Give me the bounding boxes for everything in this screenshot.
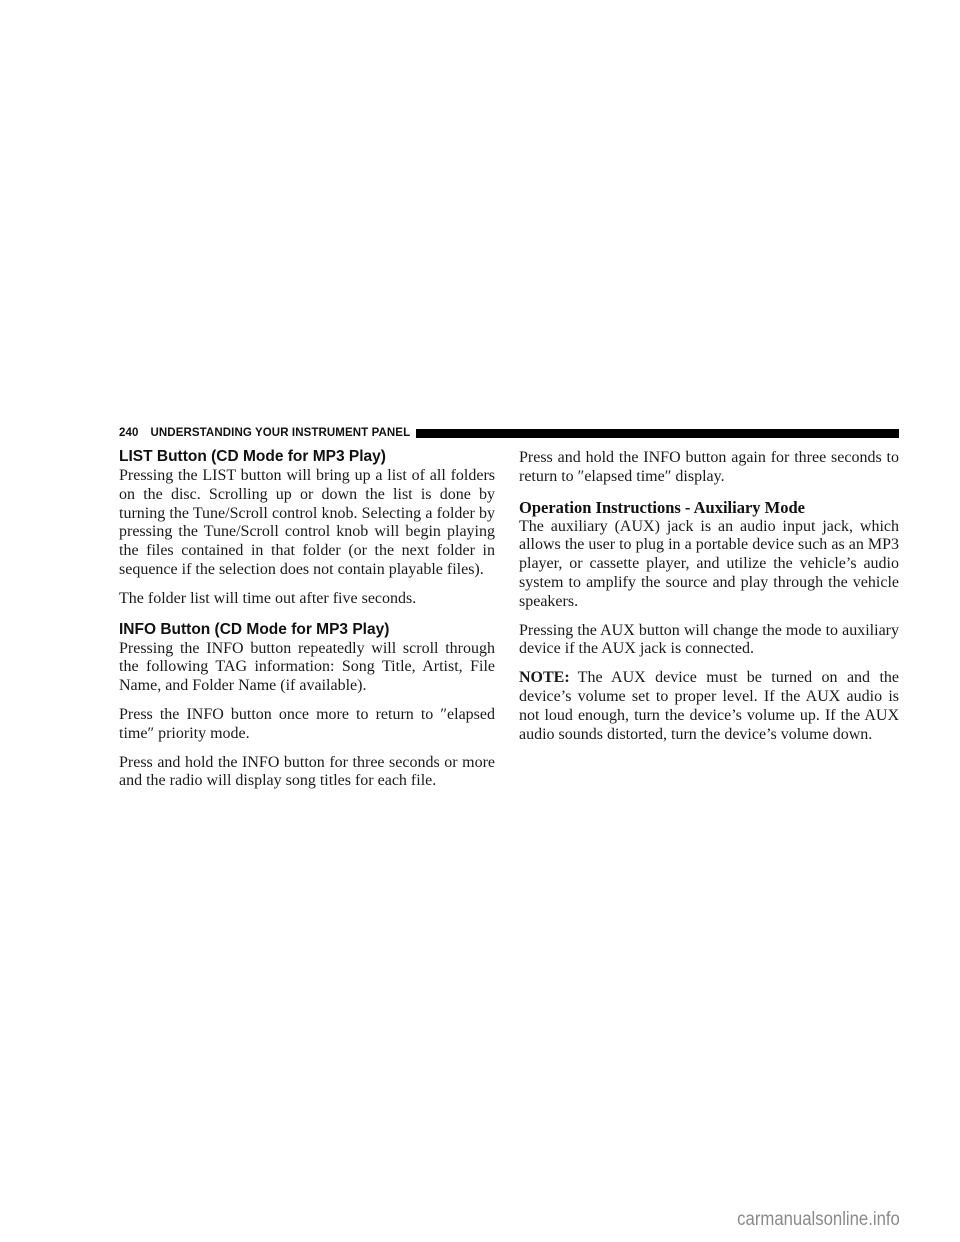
section-title: UNDERSTANDING YOUR INSTRUMENT PANEL: [151, 427, 411, 439]
page-number: 240: [119, 427, 139, 439]
page-header: 240 UNDERSTANDING YOUR INSTRUMENT PANEL: [119, 425, 899, 441]
header-rule: [416, 429, 899, 438]
aux-button-paragraph: Pressing the AUX button will change the …: [519, 622, 899, 660]
info-hold-paragraph: Press and hold the INFO button again for…: [519, 449, 899, 487]
list-button-paragraph: Pressing the LIST button will bring up a…: [119, 467, 495, 580]
folder-timeout-paragraph: The folder list will time out after five…: [119, 590, 495, 609]
auxiliary-mode-section: Operation Instructions - Auxiliary Mode …: [519, 498, 899, 745]
left-column: LIST Button (CD Mode for MP3 Play) Press…: [119, 447, 495, 791]
song-titles-paragraph: Press and hold the INFO button for three…: [119, 754, 495, 792]
aux-note: NOTE:The AUX device must be turned on an…: [519, 669, 899, 744]
list-button-section: LIST Button (CD Mode for MP3 Play) Press…: [119, 447, 495, 609]
info-button-section: INFO Button (CD Mode for MP3 Play) Press…: [119, 620, 495, 792]
aux-jack-paragraph: The auxiliary (AUX) jack is an audio inp…: [519, 518, 899, 612]
note-text: The AUX device must be turned on and the…: [519, 669, 899, 742]
note-label: NOTE:: [519, 669, 570, 686]
elapsed-time-paragraph: Press the INFO button once more to retur…: [119, 706, 495, 744]
info-button-paragraph: Pressing the INFO button repeatedly will…: [119, 640, 495, 696]
list-button-heading: LIST Button (CD Mode for MP3 Play): [119, 447, 495, 467]
watermark: carmanualsonline.info: [737, 1209, 900, 1231]
auxiliary-mode-heading: Operation Instructions - Auxiliary Mode: [519, 498, 899, 518]
right-column: Press and hold the INFO button again for…: [519, 449, 899, 744]
info-button-heading: INFO Button (CD Mode for MP3 Play): [119, 620, 495, 640]
